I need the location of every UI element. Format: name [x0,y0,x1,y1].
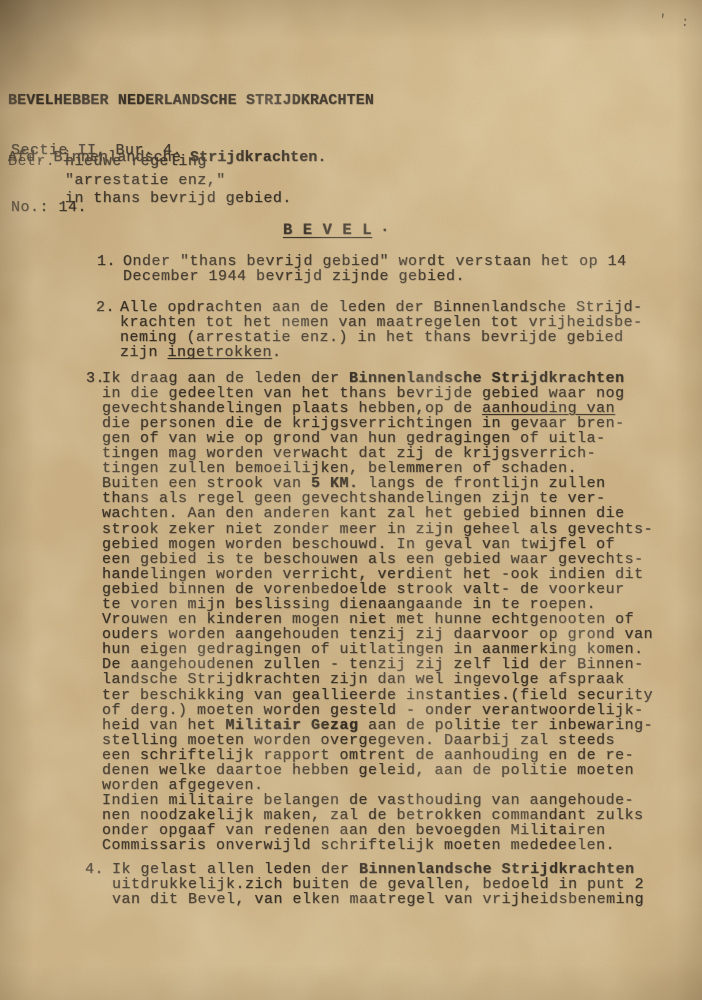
text-line: worden afgegeven. [102,778,702,793]
text-line: Commissaris onverwijld schriftelijk moet… [102,838,702,853]
subject-lines: nieuwe regeling"arrestatie enz,"in thans… [65,153,292,209]
order-title: B E V E L· [283,221,389,239]
item-number: 1. [97,254,116,269]
text-line: stelling moeten worden overgegeven. Daar… [102,733,702,748]
text-line: Vrouwen en kinderen mogen niet met hunne… [102,612,702,627]
item-text: Ik draag aan de leden der Binnenlandsche… [102,371,702,854]
text-line: ouders worden aangehouden tenzij zij daa… [102,627,702,642]
text-line: wachten. Aan den anderen kant zal het ge… [102,506,702,521]
text-line: landsche Strijdkrachten zijn dan wel ing… [102,672,702,687]
text-line: ter beschikking van geallieerde instanti… [102,688,702,703]
ink-marks: ' : [657,12,693,31]
order-item-1: 1.Onder "thans bevrijd gebied" wordt ver… [0,254,702,284]
text-line: Ik gelast allen leden der Binnenlandsche… [112,862,702,877]
text-line: December 1944 bevrijd zijnde gebied. [123,269,702,284]
text-line: die personen die de krijgsverrichtingen … [102,416,702,431]
text-line: handelingen worden verricht, verdient he… [102,567,702,582]
subject-line: nieuwe regeling [65,153,292,172]
text-line: tingen zullen bemoeilijken, belemmeren o… [102,461,702,476]
order-items: 1.Onder "thans bevrijd gebied" wordt ver… [0,254,702,907]
text-line: of derg.) moeten worden gesteld - onder … [102,703,702,718]
item-number: 4. [85,862,104,877]
item-number: 2. [96,300,115,315]
document-content: ' : BEVELHEBBER NEDERLANDSCHE STRIJDKRAC… [0,0,702,1000]
text-line: gevechtshandelingen plaats hebben,op de … [102,401,702,416]
subject-line: in thans bevrijd gebied. [65,190,292,209]
text-line: zijn ingetrokken. [120,345,702,360]
text-line: denen welke daartoe hebben geleid, aan d… [102,763,702,778]
text-line: uitdrukkelijk.zich buiten de gevallen, b… [112,877,702,892]
document-page: ' : BEVELHEBBER NEDERLANDSCHE STRIJDKRAC… [0,0,702,1000]
text-line: gen of van wie op grond van hun gedragin… [102,431,702,446]
order-item-4: 4.Ik gelast allen leden der Binnenlandsc… [0,862,702,907]
text-line: een gebied is te beschouwen als een gebi… [102,552,702,567]
text-line: Onder "thans bevrijd gebied" wordt verst… [123,254,702,269]
item-text: Ik gelast allen leden der Binnenlandsche… [112,862,702,907]
order-item-2: 2.Alle opdrachten aan de leden der Binne… [0,300,702,360]
item-text: Onder "thans bevrijd gebied" wordt verst… [123,254,702,284]
subject-label: Betr. [8,153,55,172]
text-line: heid van het Militair Gezag aan de polit… [102,718,702,733]
subject-line: "arrestatie enz," [65,172,292,191]
text-line: gebied mogen worden beschouwd. In geval … [102,537,702,552]
order-title-mark: · [380,221,389,239]
order-title-text: B E V E L [283,221,372,239]
item-number: 3. [86,371,105,386]
text-line: in die gedeelten van het thans bevrijde … [102,386,702,401]
subject-block: Betr. nieuwe regeling"arrestatie enz,"in… [8,153,292,209]
text-line: gebied binnen de vorenbedoelde strook va… [102,582,702,597]
order-item-3: 3.Ik draag aan de leden der Binnenlandsc… [0,371,702,854]
text-line: van dit Bevel, van elken maatregel van v… [112,892,702,907]
text-line: te voren mijn beslissing dienaangaande i… [102,597,702,612]
text-line: een schriftelijk rapport omtrent de aanh… [102,748,702,763]
item-text: Alle opdrachten aan de leden der Binnenl… [120,300,702,360]
text-line: tingen mag worden verwacht dat zij de kr… [102,446,702,461]
text-line: strook zeker niet zonder meer in zijn ge… [102,522,702,537]
text-line: Ik draag aan de leden der Binnenlandsche… [102,371,702,386]
